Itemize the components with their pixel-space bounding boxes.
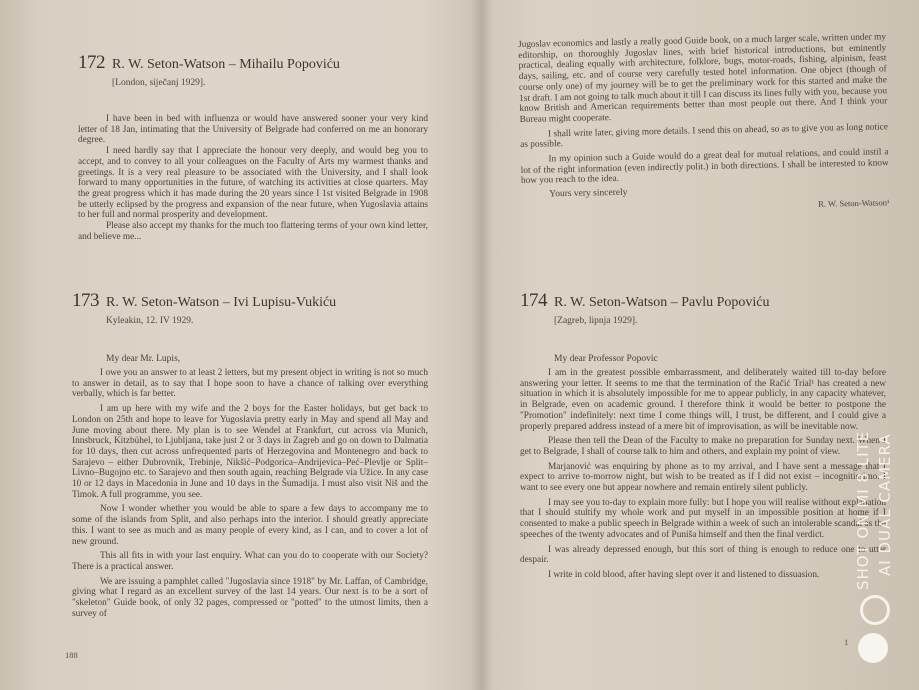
letter-172: 172 R. W. Seton-Watson – Mihailu Popović… xyxy=(78,52,428,242)
letter-salutation: My dear Mr. Lupis, xyxy=(72,354,428,364)
watermark-line-1: SHOT ON MI 8 LITE xyxy=(854,431,872,590)
letter-paragraph: I write in cold blood, after having slep… xyxy=(520,570,886,581)
letter-paragraph: I shall write later, giving more details… xyxy=(520,122,888,151)
letter-paragraph: I have been in bed with influenza or wou… xyxy=(78,114,428,146)
letter-paragraph: We are issuing a pamphlet called "Jugosl… xyxy=(72,577,428,620)
letter-paragraph: I am up here with my wife and the 2 boys… xyxy=(72,404,428,500)
letter-paragraph: In my opinion such a Guide would do a gr… xyxy=(520,147,889,187)
letter-paragraph: I may see you to-day to explain more ful… xyxy=(520,498,886,541)
letter-signature: R. W. Seton-Watson¹ xyxy=(521,197,889,215)
left-page: 172 R. W. Seton-Watson – Mihailu Popović… xyxy=(0,0,482,690)
letter-place-date: Kyleakin, 12. IV 1929. xyxy=(106,316,428,326)
letter-paragraph: This all fits in with your last enquiry.… xyxy=(72,551,428,572)
page-number: 188 xyxy=(65,650,78,660)
letter-174: 174 R. W. Seton-Watson – Pavlu Popoviću … xyxy=(520,290,886,581)
letter-salutation: My dear Professor Popovic xyxy=(520,354,886,364)
letter-place-date: [Zagreb, lipnja 1929]. xyxy=(554,316,886,326)
letter-title: R. W. Seton-Watson – Ivi Lupisu-Vukiću xyxy=(106,295,336,311)
letter-paragraph: Please also accept my thanks for the muc… xyxy=(78,221,428,242)
letter-paragraph: I owe you an answer to at least 2 letter… xyxy=(72,368,428,400)
camera-ring-icon xyxy=(860,595,890,625)
watermark-line-2: AI DUAL CAMERA xyxy=(876,433,894,576)
letter-heading: 172 R. W. Seton-Watson – Mihailu Popović… xyxy=(78,52,428,74)
letter-number: 172 xyxy=(78,52,105,74)
letter-number: 174 xyxy=(520,290,547,312)
letter-paragraph: Marjanović was enquiring by phone as to … xyxy=(520,462,886,494)
camera-dot-icon xyxy=(858,633,888,663)
open-book-photo: 172 R. W. Seton-Watson – Mihailu Popović… xyxy=(0,0,919,690)
letter-place-date: [London, siječanj 1929]. xyxy=(112,78,428,88)
letter-paragraph: I am in the greatest possible embarrassm… xyxy=(520,368,886,432)
letter-title: R. W. Seton-Watson – Pavlu Popoviću xyxy=(554,295,770,311)
page-number: 1 xyxy=(844,637,848,647)
letter-paragraph: I need hardly say that I appreciate the … xyxy=(78,146,428,221)
camera-watermark: SHOT ON MI 8 LITE AI DUAL CAMERA xyxy=(850,430,910,600)
letter-paragraph: Jugoslav economics and lastly a really g… xyxy=(518,32,888,125)
letter-173-continuation: Jugoslav economics and lastly a really g… xyxy=(518,32,890,215)
letter-heading: 174 R. W. Seton-Watson – Pavlu Popoviću xyxy=(520,290,886,312)
letter-number: 173 xyxy=(72,290,99,312)
letter-heading: 173 R. W. Seton-Watson – Ivi Lupisu-Vuki… xyxy=(72,290,428,312)
letter-paragraph: Now I wonder whether you would be able t… xyxy=(72,504,428,547)
letter-title: R. W. Seton-Watson – Mihailu Popoviću xyxy=(112,57,340,73)
letter-173: 173 R. W. Seton-Watson – Ivi Lupisu-Vuki… xyxy=(72,290,428,619)
letter-paragraph: Please then tell the Dean of the Faculty… xyxy=(520,436,886,457)
letter-paragraph: I was already depressed enough, but this… xyxy=(520,545,886,566)
